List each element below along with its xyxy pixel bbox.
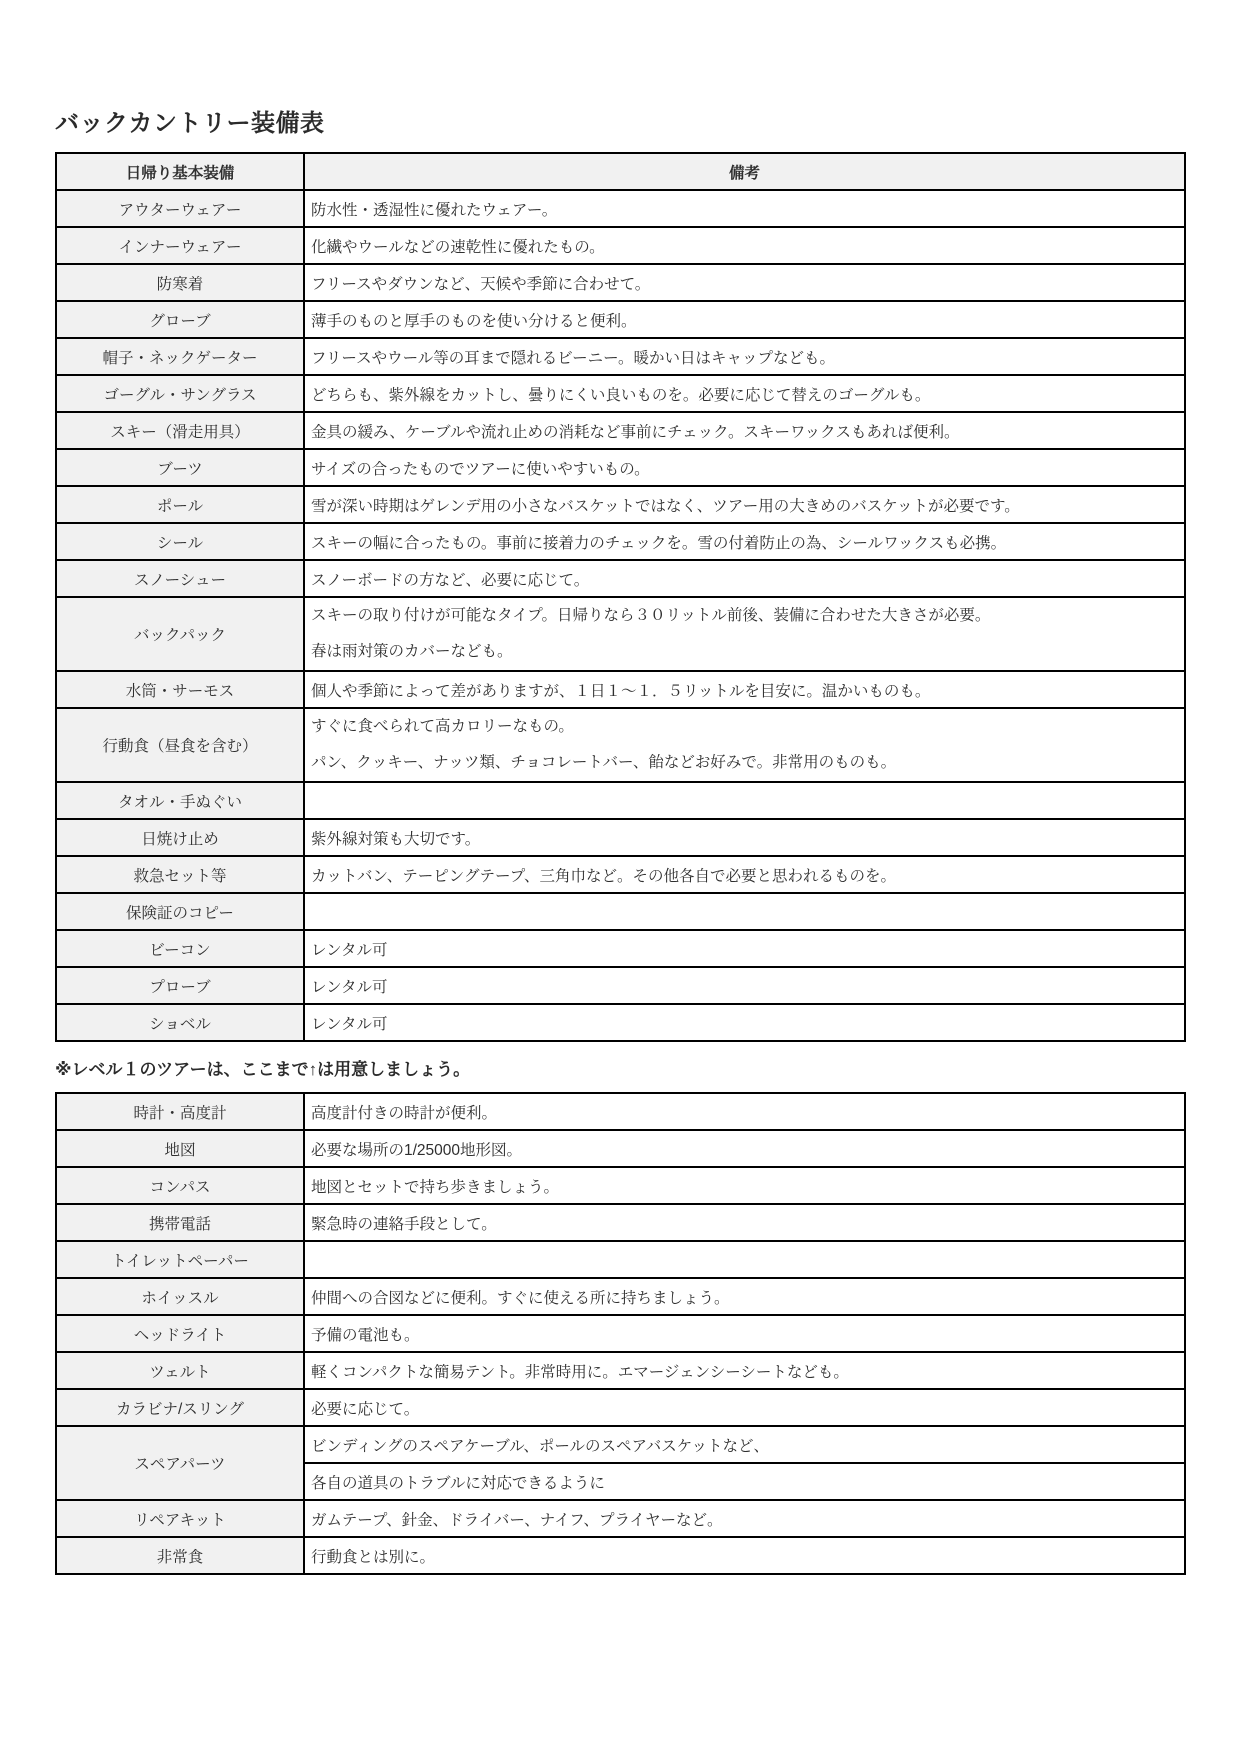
- item-cell: 帽子・ネックゲーター: [56, 338, 304, 375]
- table-row-spare-parts: スペアパーツ ビンディングのスペアケーブル、ポールのスペアバスケットなど、: [56, 1426, 1185, 1463]
- item-cell: リペアキット: [56, 1500, 304, 1537]
- item-cell: 携帯電話: [56, 1204, 304, 1241]
- level1-note: ※レベル１のツアーは、ここまで↑は用意しましょう。: [55, 1055, 1240, 1080]
- item-cell: ヘッドライト: [56, 1315, 304, 1352]
- remarks-cell: [304, 893, 1185, 930]
- remarks-cell: 化繊やウールなどの速乾性に優れたもの。: [304, 227, 1185, 264]
- table-row: 地図 必要な場所の1/25000地形図。: [56, 1130, 1185, 1167]
- item-cell: 日焼け止め: [56, 819, 304, 856]
- item-cell: 地図: [56, 1130, 304, 1167]
- remarks-cell: 必要な場所の1/25000地形図。: [304, 1130, 1185, 1167]
- remarks-line: パン、クッキー、ナッツ類、チョコレートバー、飴などお好みで。非常用のものも。: [305, 745, 1184, 781]
- table-row: ショベル レンタル可: [56, 1004, 1185, 1041]
- item-cell: カラビナ/スリング: [56, 1389, 304, 1426]
- item-cell: ショベル: [56, 1004, 304, 1041]
- table-row: 非常食 行動食とは別に。: [56, 1537, 1185, 1574]
- remarks-cell: 紫外線対策も大切です。: [304, 819, 1185, 856]
- remarks-cell: 金具の緩み、ケーブルや流れ止めの消耗など事前にチェック。スキーワックスもあれば便…: [304, 412, 1185, 449]
- remarks-cell: 各自の道具のトラブルに対応できるように: [304, 1463, 1185, 1500]
- equipment-table-day-trip: 日帰り基本装備 備考 アウターウェアー 防水性・透湿性に優れたウェアー。 インナ…: [55, 152, 1186, 1042]
- remarks-cell: 防水性・透湿性に優れたウェアー。: [304, 190, 1185, 227]
- table-row: スノーシュー スノーボードの方など、必要に応じて。: [56, 560, 1185, 597]
- table-row: 救急セット等 カットバン、テーピングテープ、三角巾など。その他各自で必要と思われ…: [56, 856, 1185, 893]
- table-row: シール スキーの幅に合ったもの。事前に接着力のチェックを。雪の付着防止の為、シー…: [56, 523, 1185, 560]
- table-row: トイレットペーパー: [56, 1241, 1185, 1278]
- table-row: プローブ レンタル可: [56, 967, 1185, 1004]
- item-cell: タオル・手ぬぐい: [56, 782, 304, 819]
- item-cell: 時計・高度計: [56, 1093, 304, 1130]
- remarks-cell: 雪が深い時期はゲレンデ用の小さなバスケットではなく、ツアー用の大きめのバスケット…: [304, 486, 1185, 523]
- item-cell: ビーコン: [56, 930, 304, 967]
- remarks-cell: [304, 782, 1185, 819]
- table-row: アウターウェアー 防水性・透湿性に優れたウェアー。: [56, 190, 1185, 227]
- table-row: ツェルト 軽くコンパクトな簡易テント。非常時用に。エマージェンシーシートなども。: [56, 1352, 1185, 1389]
- remarks-cell: ビンディングのスペアケーブル、ポールのスペアバスケットなど、: [304, 1426, 1185, 1463]
- item-cell: ポール: [56, 486, 304, 523]
- remarks-cell: ガムテープ、針金、ドライバー、ナイフ、プライヤーなど。: [304, 1500, 1185, 1537]
- item-cell: スノーシュー: [56, 560, 304, 597]
- table-row: コンパス 地図とセットで持ち歩きましょう。: [56, 1167, 1185, 1204]
- table-row: ポール 雪が深い時期はゲレンデ用の小さなバスケットではなく、ツアー用の大きめのバ…: [56, 486, 1185, 523]
- remarks-cell: 行動食とは別に。: [304, 1537, 1185, 1574]
- item-cell: 救急セット等: [56, 856, 304, 893]
- item-cell: ツェルト: [56, 1352, 304, 1389]
- table-row: 防寒着 フリースやダウンなど、天候や季節に合わせて。: [56, 264, 1185, 301]
- remarks-cell: [304, 1241, 1185, 1278]
- item-cell: スキー（滑走用具）: [56, 412, 304, 449]
- remarks-cell: 軽くコンパクトな簡易テント。非常時用に。エマージェンシーシートなども。: [304, 1352, 1185, 1389]
- table-row-trail-food: 行動食（昼食を含む） すぐに食べられて高カロリーなもの。 パン、クッキー、ナッツ…: [56, 708, 1185, 782]
- item-cell: 防寒着: [56, 264, 304, 301]
- table-header-row: 日帰り基本装備 備考: [56, 153, 1185, 190]
- remarks-cell: レンタル可: [304, 1004, 1185, 1041]
- equipment-table-additional: 時計・高度計 高度計付きの時計が便利。 地図 必要な場所の1/25000地形図。…: [55, 1092, 1186, 1575]
- table-row: グローブ 薄手のものと厚手のものを使い分けると便利。: [56, 301, 1185, 338]
- table-row: 時計・高度計 高度計付きの時計が便利。: [56, 1093, 1185, 1130]
- remarks-cell: 高度計付きの時計が便利。: [304, 1093, 1185, 1130]
- item-cell: ホイッスル: [56, 1278, 304, 1315]
- item-cell: アウターウェアー: [56, 190, 304, 227]
- remarks-line: すぐに食べられて高カロリーなもの。: [305, 709, 1184, 745]
- item-cell: トイレットペーパー: [56, 1241, 304, 1278]
- table-row: インナーウェアー 化繊やウールなどの速乾性に優れたもの。: [56, 227, 1185, 264]
- remarks-cell: スノーボードの方など、必要に応じて。: [304, 560, 1185, 597]
- document-page: バックカントリー装備表 日帰り基本装備 備考 アウターウェアー 防水性・透湿性に…: [0, 0, 1240, 1575]
- item-cell: ゴーグル・サングラス: [56, 375, 304, 412]
- table-row-backpack: バックパック スキーの取り付けが可能なタイプ。日帰りなら３０リットル前後、装備に…: [56, 597, 1185, 671]
- item-cell: 非常食: [56, 1537, 304, 1574]
- remarks-cell: 仲間への合図などに便利。すぐに使える所に持ちましょう。: [304, 1278, 1185, 1315]
- header-item-cell: 日帰り基本装備: [56, 153, 304, 190]
- table-row: ビーコン レンタル可: [56, 930, 1185, 967]
- remarks-cell: スキーの幅に合ったもの。事前に接着力のチェックを。雪の付着防止の為、シールワック…: [304, 523, 1185, 560]
- remarks-cell: カットバン、テーピングテープ、三角巾など。その他各自で必要と思われるものを。: [304, 856, 1185, 893]
- remarks-cell: 個人や季節によって差がありますが、１日１～１．５リットルを目安に。温かいものも。: [304, 671, 1185, 708]
- remarks-cell: 必要に応じて。: [304, 1389, 1185, 1426]
- table-row: 水筒・サーモス 個人や季節によって差がありますが、１日１～１．５リットルを目安に…: [56, 671, 1185, 708]
- remarks-cell: スキーの取り付けが可能なタイプ。日帰りなら３０リットル前後、装備に合わせた大きさ…: [304, 597, 1185, 671]
- remarks-cell: レンタル可: [304, 967, 1185, 1004]
- table-row: 携帯電話 緊急時の連絡手段として。: [56, 1204, 1185, 1241]
- item-cell: コンパス: [56, 1167, 304, 1204]
- remarks-cell: フリースやダウンなど、天候や季節に合わせて。: [304, 264, 1185, 301]
- item-cell: ブーツ: [56, 449, 304, 486]
- item-cell: プローブ: [56, 967, 304, 1004]
- table-row: 保険証のコピー: [56, 893, 1185, 930]
- table-row: ブーツ サイズの合ったものでツアーに使いやすいもの。: [56, 449, 1185, 486]
- table-row: ゴーグル・サングラス どちらも、紫外線をカットし、曇りにくい良いものを。必要に応…: [56, 375, 1185, 412]
- table-row: 帽子・ネックゲーター フリースやウール等の耳まで隠れるビーニー。暖かい日はキャッ…: [56, 338, 1185, 375]
- table-row: リペアキット ガムテープ、針金、ドライバー、ナイフ、プライヤーなど。: [56, 1500, 1185, 1537]
- item-cell: バックパック: [56, 597, 304, 671]
- table-row: 日焼け止め 紫外線対策も大切です。: [56, 819, 1185, 856]
- remarks-cell: レンタル可: [304, 930, 1185, 967]
- remarks-cell: 予備の電池も。: [304, 1315, 1185, 1352]
- table-row: タオル・手ぬぐい: [56, 782, 1185, 819]
- header-remarks-cell: 備考: [304, 153, 1185, 190]
- table-row: ホイッスル 仲間への合図などに便利。すぐに使える所に持ちましょう。: [56, 1278, 1185, 1315]
- item-cell: シール: [56, 523, 304, 560]
- remarks-line: スキーの取り付けが可能なタイプ。日帰りなら３０リットル前後、装備に合わせた大きさ…: [305, 598, 1184, 634]
- table-row: スキー（滑走用具） 金具の緩み、ケーブルや流れ止めの消耗など事前にチェック。スキ…: [56, 412, 1185, 449]
- item-cell: 水筒・サーモス: [56, 671, 304, 708]
- remarks-cell: どちらも、紫外線をカットし、曇りにくい良いものを。必要に応じて替えのゴーグルも。: [304, 375, 1185, 412]
- remarks-cell: 緊急時の連絡手段として。: [304, 1204, 1185, 1241]
- item-cell: スペアパーツ: [56, 1426, 304, 1500]
- remarks-cell: すぐに食べられて高カロリーなもの。 パン、クッキー、ナッツ類、チョコレートバー、…: [304, 708, 1185, 782]
- remarks-cell: サイズの合ったものでツアーに使いやすいもの。: [304, 449, 1185, 486]
- item-cell: 行動食（昼食を含む）: [56, 708, 304, 782]
- remarks-cell: 薄手のものと厚手のものを使い分けると便利。: [304, 301, 1185, 338]
- remarks-line: 春は雨対策のカバーなども。: [305, 634, 1184, 670]
- remarks-cell: フリースやウール等の耳まで隠れるビーニー。暖かい日はキャップなども。: [304, 338, 1185, 375]
- item-cell: グローブ: [56, 301, 304, 338]
- item-cell: 保険証のコピー: [56, 893, 304, 930]
- page-title: バックカントリー装備表: [55, 103, 1240, 138]
- remarks-cell: 地図とセットで持ち歩きましょう。: [304, 1167, 1185, 1204]
- table-row: カラビナ/スリング 必要に応じて。: [56, 1389, 1185, 1426]
- table-row: ヘッドライト 予備の電池も。: [56, 1315, 1185, 1352]
- item-cell: インナーウェアー: [56, 227, 304, 264]
